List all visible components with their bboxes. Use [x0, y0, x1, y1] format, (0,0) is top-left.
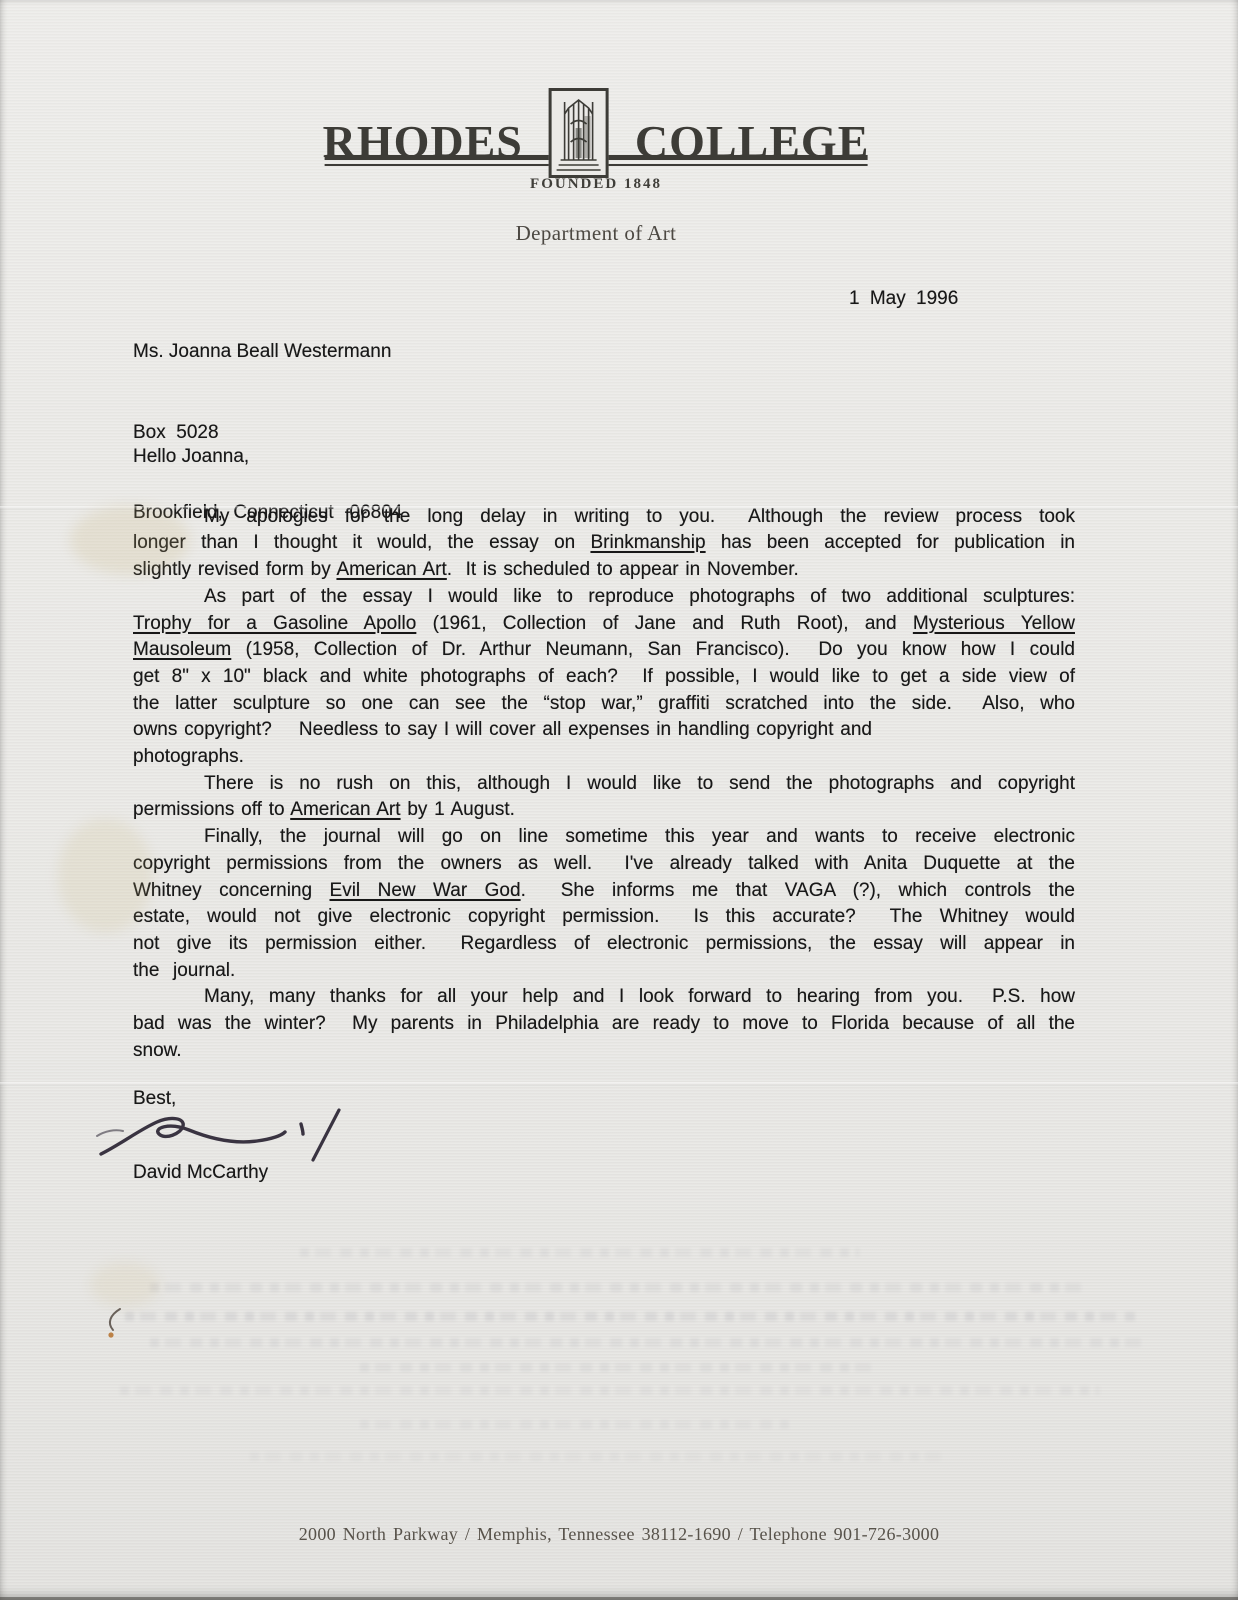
fold-crease-lower [0, 1082, 1238, 1086]
body-line: Trophy for a Gasoline Apollo (1961, Coll… [133, 611, 1075, 638]
body-line: owns copyright? Needless to say I will c… [133, 717, 1075, 744]
recipient-box: Box 5028 [133, 420, 402, 447]
paper-stain [58, 818, 153, 933]
body-line: As part of the essay I would like to rep… [133, 584, 1075, 611]
letterhead-name-left: RHODES [323, 119, 523, 165]
body-line: snow. [133, 1038, 1075, 1065]
signature-scrawl-icon [95, 1108, 447, 1164]
paragraph: There is no rush on this, although I wou… [133, 771, 1075, 824]
letterhead-row: RHODES [0, 0, 1192, 180]
bleed-through-line [150, 1338, 1150, 1347]
bleed-through-line [360, 1420, 790, 1429]
body-line: copyright permissions from the owners as… [133, 851, 1075, 878]
stray-pen-mark [104, 1306, 128, 1342]
letter-body: Hello Joanna, My apologies for the long … [133, 444, 1075, 1064]
body-line: photographs. [133, 744, 1075, 771]
underlined-title: Evil New War God [330, 880, 521, 901]
paragraph: As part of the essay I would like to rep… [133, 584, 1075, 771]
signature-name: David McCarthy [133, 1160, 268, 1187]
body-line: There is no rush on this, although I wou… [133, 771, 1075, 798]
letterhead: RHODES [0, 0, 1192, 180]
bleed-through-line [360, 1363, 880, 1372]
body-line: the journal. [133, 958, 1075, 985]
underlined-title: Brinkmanship [590, 532, 705, 553]
recipient-name: Ms. Joanna Beall Westermann [133, 339, 402, 366]
letter-paragraphs: My apologies for the long delay in writi… [133, 504, 1075, 1065]
letterhead-name-right: COLLEGE [635, 119, 870, 165]
body-line: Whitney concerning Evil New War God. She… [133, 878, 1075, 905]
body-line: Mausoleum (1958, Collection of Dr. Arthu… [133, 637, 1075, 664]
bleed-through-line [250, 1452, 950, 1461]
underlined-title: American Art [290, 799, 400, 820]
body-line: estate, would not give electronic copyri… [133, 904, 1075, 931]
letterhead-inner: RHODES [323, 0, 870, 180]
footer-address: 2000 North Parkway / Memphis, Tennessee … [0, 1524, 1238, 1545]
bleed-through-line [300, 1248, 860, 1257]
body-line: permissions off to American Art by 1 Aug… [133, 797, 1075, 824]
body-line: slightly revised form by American Art. I… [133, 557, 1075, 584]
underlined-title: Mysterious Yellow [913, 613, 1075, 634]
letterhead-founded: FOUNDED 1848 [0, 176, 1192, 193]
letterhead-department: Department of Art [0, 221, 1192, 246]
bleed-through-line [125, 1312, 1135, 1321]
underlined-title: Mausoleum [133, 639, 231, 660]
paper-stain [90, 1262, 160, 1307]
body-line: the latter sculpture so one can see the … [133, 691, 1075, 718]
paragraph: Many, many thanks for all your help and … [133, 984, 1075, 1064]
tower-icon [549, 88, 609, 178]
underlined-title: Trophy for a Gasoline Apollo [133, 613, 416, 634]
body-line: bad was the winter? My parents in Philad… [133, 1011, 1075, 1038]
scanned-letter-page: RHODES [0, 0, 1238, 1600]
body-line: get 8" x 10" black and white photographs… [133, 664, 1075, 691]
salutation: Hello Joanna, [133, 444, 1075, 471]
body-line: not give its permission either. Regardle… [133, 931, 1075, 958]
bleed-through-line [120, 1386, 1100, 1395]
paragraph: Finally, the journal will go on line som… [133, 824, 1075, 984]
fold-crease-upper [0, 506, 1238, 510]
paragraph: My apologies for the long delay in writi… [133, 504, 1075, 584]
body-line: Many, many thanks for all your help and … [133, 984, 1075, 1011]
body-line: longer than I thought it would, the essa… [133, 530, 1075, 557]
paper-stain [70, 505, 190, 575]
letter-date: 1 May 1996 [849, 286, 958, 313]
body-line: Finally, the journal will go on line som… [133, 824, 1075, 851]
underlined-title: American Art [336, 559, 446, 580]
bleed-through-line [150, 1283, 1090, 1292]
